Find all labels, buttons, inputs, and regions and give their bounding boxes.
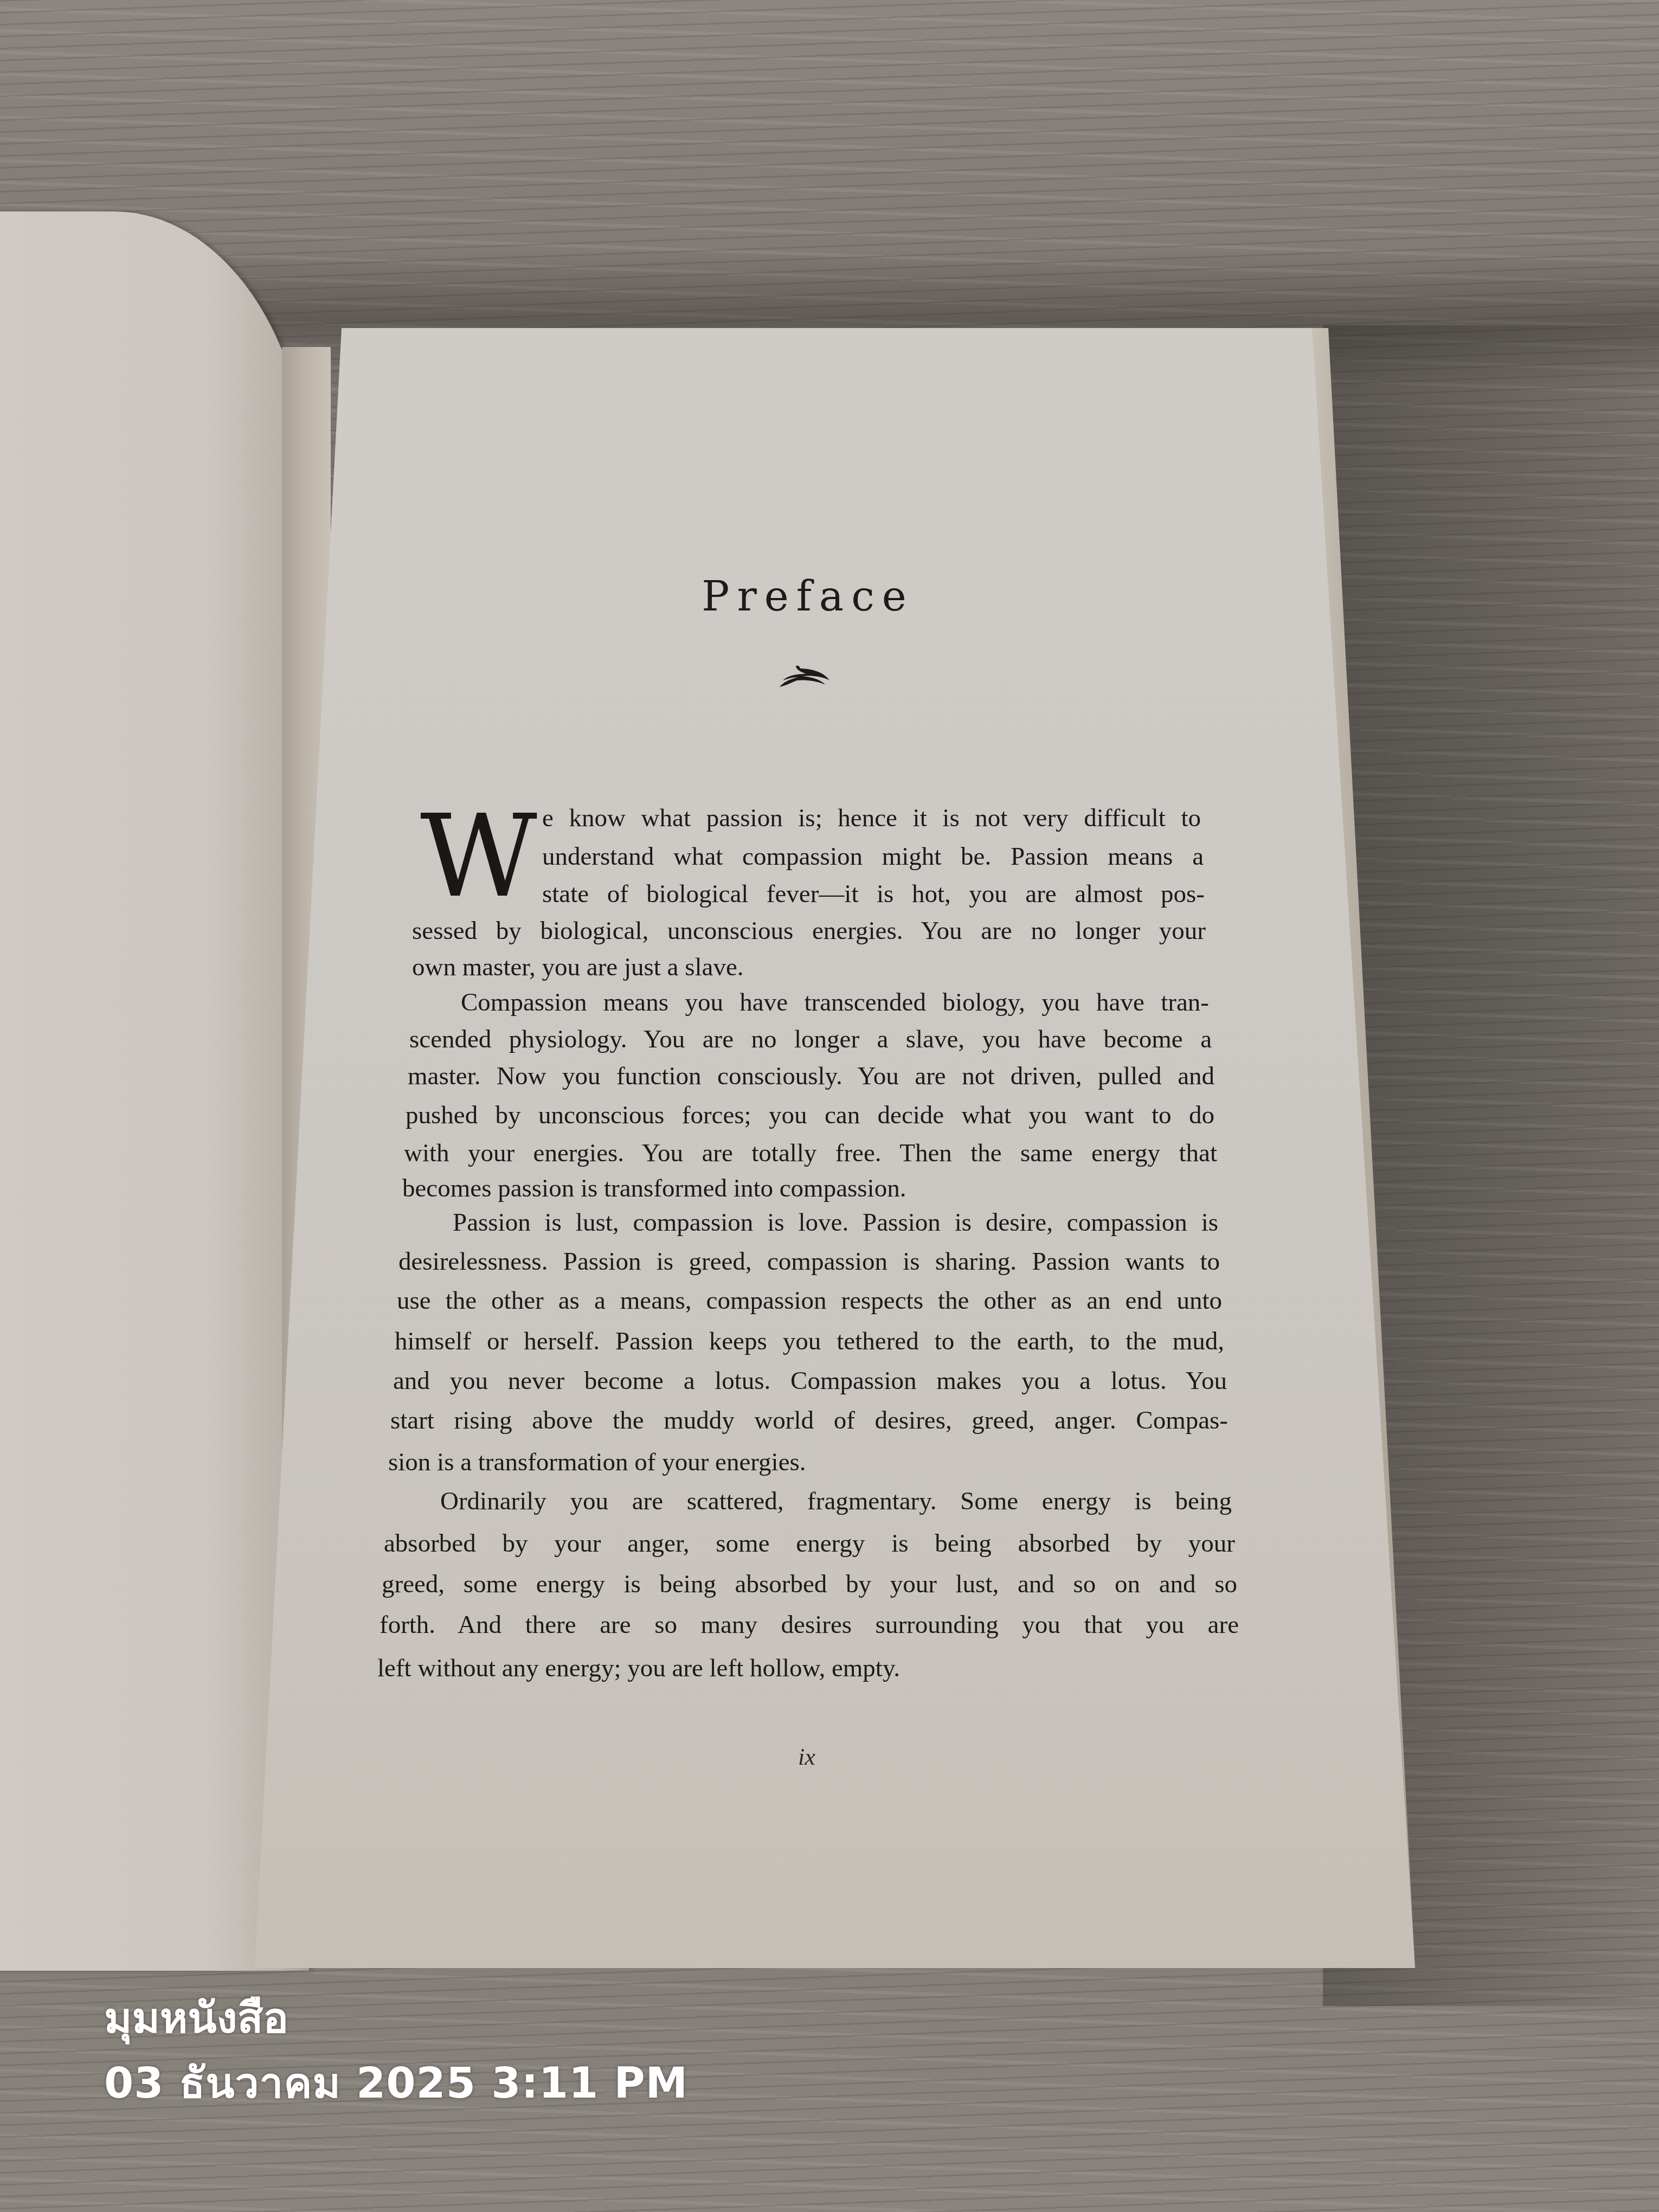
text-line: pushed by unconscious forces; you can de… — [406, 1101, 1214, 1130]
leaf-fleuron-icon — [775, 664, 835, 691]
text-line: absorbed by your anger, some energy is b… — [384, 1529, 1235, 1558]
text-line: master. Now you function consciously. Yo… — [408, 1062, 1214, 1091]
text-line: becomes passion is transformed into comp… — [402, 1174, 906, 1203]
page-number: ix — [798, 1743, 815, 1771]
text-line: e know what passion is; hence it is not … — [542, 803, 1201, 833]
text-line: scended physiology. You are no longer a … — [409, 1025, 1212, 1054]
text-line: start rising above the muddy world of de… — [390, 1406, 1228, 1435]
text-line: left without any energy; you are left ho… — [377, 1654, 900, 1683]
text-line: understand what compassion might be. Pas… — [542, 842, 1204, 871]
drop-cap: W — [420, 800, 537, 914]
text-line: sion is a transformation of your energie… — [388, 1448, 806, 1477]
text-line: with your energies. You are totally free… — [404, 1139, 1217, 1168]
text-line: and you never become a lotus. Compassion… — [393, 1366, 1227, 1396]
text-line: use the other as a means, compassion res… — [397, 1286, 1222, 1315]
text-line: sessed by biological, unconscious energi… — [412, 916, 1206, 946]
text-line: Compassion means you have transcended bi… — [461, 988, 1209, 1017]
text-line: Ordinarily you are scattered, fragmentar… — [440, 1487, 1232, 1516]
text-line: Passion is lust, compassion is love. Pas… — [453, 1208, 1218, 1237]
text-line: own master, you are just a slave. — [412, 953, 744, 982]
text-line: desirelessness. Passion is greed, compas… — [398, 1247, 1220, 1276]
text-line: state of biological fever—it is hot, you… — [542, 879, 1205, 909]
page-title: Preface — [699, 572, 916, 620]
text-line: himself or herself. Passion keeps you te… — [395, 1327, 1224, 1356]
watermark-title: มุมหนังสือ — [104, 1984, 288, 2052]
watermark-datetime: 03 ธันวาคม 2025 3:11 PM — [104, 2049, 688, 2117]
text-line: forth. And there are so many desires sur… — [380, 1610, 1239, 1639]
text-line: greed, some energy is being absorbed by … — [382, 1570, 1237, 1599]
page-content: Preface W e know what passion is; hence … — [0, 0, 1659, 2212]
